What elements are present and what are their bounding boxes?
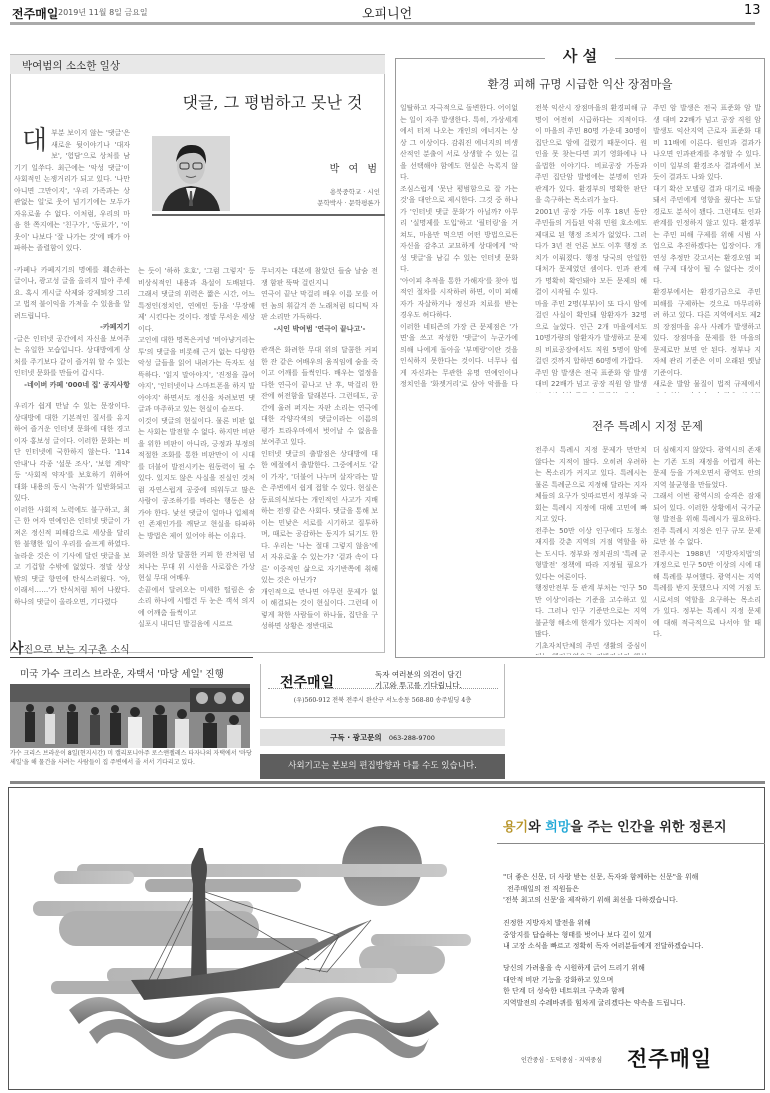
column-text-col1: 대 부분 보이지 않는 '댓글'은 새로운 뒷이야기나 '대자보', '험담'으… <box>14 128 130 608</box>
column-series-header: 박여범의 소소한 일상 <box>10 54 385 74</box>
drop-cap: 대 <box>22 128 47 154</box>
quote-source: -카페지기 <box>14 322 130 334</box>
masthead-divider <box>10 22 755 25</box>
ad-line: 중앙지를 답습하는 형태를 벗어나 보다 깊이 있게 <box>503 930 763 942</box>
column-text-col2: 는 듯이 '하하 호호', '그럼 그렇지' 등 비상식적인 내용과 욕설이 도… <box>138 266 255 651</box>
ad-line: "더 좋은 신문, 더 사랑 받는 신문, 독자와 함께하는 신문"을 위해 <box>503 872 763 884</box>
paragraph: 대기 확산 모델링 결과 대기로 배출돼서 주민에게 영향을 줬다는 도달 경로… <box>653 184 761 288</box>
paragraph: 기초자치단체의 주민 생활의 중심이 되는 행정구역으로 지방자치의 핵심 단위… <box>535 641 647 656</box>
editorial-2-col-a: 전주시 특례시 지정 문제가 만만치 않다는 지적이 많다. 오히려 우려하는 … <box>535 445 647 655</box>
paragraph: 이러한 네티즌의 가장 큰 문제점은 '가면'을 쓰고 작성한 '댓글'이 누군… <box>400 322 518 392</box>
ad-line: 당신의 가려움을 속 시원하게 긁어 드리기 위해 <box>503 963 763 975</box>
paragraph: 전주는 50만 이상 인구에다 도청소재지를 갖춘 지역의 거점 역할을 하는 … <box>535 526 647 584</box>
editorial-1-col-c: 주민 암 발생은 전국 표준화 암 발생 대비 22배가 넘고 공장 직원 암 … <box>653 103 761 393</box>
column-title: 댓글, 그 평범하고 못난 것 <box>10 90 385 113</box>
paragraph: 조심스럽게 '못난 평범함으로 잘 가는 것'을 대안으로 제시한다. 그것 중… <box>400 184 518 276</box>
ad-illustration <box>9 788 489 1088</box>
ad-paragraph-3: 당신의 가려움을 속 시원하게 긁어 드리기 위해 대안적 비판 기능을 강화하… <box>503 963 763 1009</box>
paragraph: 인터넷 댓글의 출발점은 상대방에 대한 예절에서 출발한다. 그중에서도 '같… <box>261 449 378 587</box>
postal-address: (우)560-912 전북 전주시 완산구 서노송동 568-80 송주빌딩 4… <box>265 695 500 704</box>
paragraph: 전주시 특례시 지정 문제가 만만치 않다는 지적이 많다. 오히려 우려하는 … <box>535 445 647 526</box>
dotted-divider <box>268 688 498 689</box>
editorial-2-col-b: 더 심해지지 않았다. 광역시의 존재는 기존 도의 재정을 어렵게 하는 문제… <box>653 445 761 655</box>
ad-line: 지역발전의 수레바퀴를 힘차게 굴리겠다는 약속을 드립니다. <box>503 998 763 1010</box>
ad-line: 한 단계 더 성숙한 네트워크 구축과 함께 <box>503 986 763 998</box>
contribution-line-1: 독자 여러분의 의견이 담긴 <box>375 669 462 680</box>
slogan-word-hope: 희망 <box>545 820 570 835</box>
poem-line: 화려한 의상 달콤한 커피 한 잔처럼 넘쳐나는 무대 위 시선을 사로잡은 가… <box>138 550 255 585</box>
issue-date: 2019년 11월 8일 금요일 <box>58 7 148 18</box>
contribution-logo: 전주매일 <box>280 672 334 692</box>
paragraph: 2001년 공장 가동 이후 18년 동안 주민들의 거듭된 악취 민원 호소에… <box>535 207 647 299</box>
ad-logo: 전주매일 <box>627 1043 712 1073</box>
ad-paragraph-1: "더 좋은 신문, 더 사랑 받는 신문, 독자와 함께하는 신문"을 위해 전… <box>503 872 763 907</box>
author-divider <box>152 214 385 216</box>
paragraph: 전주시는 1988년 '지방자치법'의 개정으로 인구 50만 이상의 시에 대… <box>653 549 761 641</box>
quote-source: -네이버 카페 '000네 집' 공지사항 <box>14 380 130 392</box>
poem-line: 무너지는 대본에 참았던 들숨 날숨 전쟁 함판 뚝딱 걸린지니 <box>261 266 378 289</box>
ad-slogan: 용기와 희망을 주는 인간을 위한 정론지 <box>503 816 727 835</box>
ad-paragraph-2: 진정한 지방자치 발전을 위해 중앙지를 답습하는 형태를 벗어나 보다 깊이 … <box>503 918 763 953</box>
author-photo <box>152 136 230 211</box>
ad-line: 대안적 비판 기능을 강화하고 있으며 <box>503 975 763 987</box>
subscription-phone[interactable]: 063-288-9700 <box>389 734 435 742</box>
disclaimer-bar: 사외기고는 본보의 편집방향과 다를 수도 있습니다. <box>260 754 505 779</box>
crowd-photo-icon <box>10 684 250 748</box>
editorial-1-col-a: 일탈하고 자극적으로 돌변한다. 어이없는 일이 자주 발생한다. 특히, 가상… <box>400 103 518 391</box>
column-text-col3: 무너지는 대본에 참았던 들숨 날숨 전쟁 함판 뚝딱 걸린지니 연극이 끝난 … <box>261 266 378 651</box>
section-name: 오피니언 <box>362 3 412 22</box>
paragraph: 환경부에서는 환경기금으로 주민 피해를 구제하는 것으로 마무리하려 하고 있… <box>653 287 761 379</box>
slogan-rest: 을 주는 인간을 위한 정론지 <box>570 820 726 835</box>
paragraph: -카페나 카페지기의 명예를 훼손하는 글이나, 광고성 글을 올리지 말아 주… <box>14 265 130 323</box>
slogan-word-courage: 용기 <box>503 820 528 835</box>
editorial-headline-2: 전주 특례시 지정 문제 <box>530 418 765 434</box>
photo-news-title-initial: 사 <box>10 641 24 657</box>
pen-ship-illustration-icon <box>9 788 489 1088</box>
photo-news-title: 진으로 보는 지구촌 소식 <box>24 645 130 656</box>
paragraph: 전북 익산시 장점마을의 환경피해 규명이 여전히 시급하다는 지적이다. 이 … <box>535 103 647 207</box>
poem-line: 연극이 끝난 막걸리 배우 이름 모를 어떤 놈의 휘갈겨 쓴 노래처럼 티디틱… <box>261 289 378 324</box>
ad-line: 내 고장 소식을 빠르고 정확히 독자 여러분들에게 전달하겠습니다. <box>503 941 763 953</box>
paragraph: 이것이 댓글의 현실이다. 물론 비판 없는 사회는 발전할 수 없다. 하지만… <box>138 416 255 543</box>
photo-news-image <box>10 684 250 748</box>
author-credentials: 문학박사 · 문학평론가 <box>250 198 380 207</box>
ad-line: 진정한 지방자치 발전을 위해 <box>503 918 763 930</box>
paragraph: 는 듯이 '하하 호호', '그럼 그렇지' 등 비상식적인 내용과 욕설이 도… <box>138 266 255 335</box>
photo-news-caption: 가수 크리스 브라운이 8일(현지시간) 미 캘리포니아주 로스앤젤레스 타자나… <box>10 749 255 767</box>
editorial-label: 사 설 <box>545 45 615 66</box>
editorial-headline-1: 환경 피해 규명 시급한 익산 장점마을 <box>395 76 765 92</box>
paragraph: 우리가 쉽게 만날 수 있는 문장이다. 상대방에 대한 기본적인 질서를 유지… <box>14 401 130 505</box>
section-divider <box>10 781 765 784</box>
subscription-label: 구독 · 광고문의 <box>330 733 382 742</box>
paragraph: 그래서 이번 광역시의 승격은 잠재되어 있다. 이러한 상황에서 국가균형 발… <box>653 491 761 549</box>
slogan-conjunction: 와 <box>528 820 545 835</box>
paragraph: 주민 암 발생은 전국 표준화 암 발생 대비 22배가 넘고 공장 직원 암 … <box>653 103 761 184</box>
paragraph: '아이피 추적을 통한 가해자'를 찾아 법적인 절차를 시작하려 하면, 이미… <box>400 276 518 322</box>
ad-divider <box>497 843 765 844</box>
paragraph: -글은 인터넷 공간에서 자신을 보여주는 유일한 모습입니다. 상대방에게 상… <box>14 334 130 380</box>
ad-line: '전북 최고의 신문'을 제작하기 위해 최선을 다하겠습니다. <box>503 895 763 907</box>
author-portrait-icon <box>152 136 230 211</box>
poem-line: 실포시 내디딘 발걸음에 시르르 <box>138 619 255 631</box>
paragraph: 개인적으로 만나면 아무런 문제가 없이 해결되는 것이 현실이다. 그런데 이… <box>261 587 378 633</box>
paragraph: 고인에 대한 명목은커녕 '비아냥거리는 투'의 댓글을 비롯해 근거 없는 다… <box>138 335 255 416</box>
paragraph: 새로운 발암 물질이 법적 규제에서 빠져 있는 것이다. 이 같은 심각한 상… <box>653 379 761 393</box>
photo-news-headline: 미국 가수 크리스 브라운, 자택서 '마당 세일' 진행 <box>20 666 224 680</box>
newspaper-logo: 전주매일 <box>12 5 58 22</box>
paragraph: 이러한 사회적 노력에도 불구하고, 최근 한 여자 연예인은 인터넷 댓글이 … <box>14 505 130 609</box>
subscription-bar: 구독 · 광고문의 063-288-9700 <box>260 729 505 746</box>
author-name: 박 여 범 <box>250 160 380 175</box>
paragraph: 더 심해지지 않았다. 광역시의 존재는 기존 도의 재정을 어렵게 하는 문제… <box>653 445 761 491</box>
paragraph: 일탈하고 자극적으로 돌변한다. 어이없는 일이 자주 발생한다. 특히, 가상… <box>400 103 518 184</box>
paragraph: 마을 주민 2명(부부)이 또 다시 암에 걸린 사실이 확인돼 암환자가 32… <box>535 299 647 368</box>
paragraph: 관객은 화려한 무대 위의 달콤한 커피 한 잔 같은 여배우의 움직임에 숨을… <box>261 345 378 449</box>
poem-source: -시인 박여범 '연극이 끝나고'- <box>261 324 378 336</box>
ad-line: 전주매일의 전 직원들은 <box>503 884 763 896</box>
contribution-line-2: 기고와 투고를 기다립니다. <box>375 680 462 691</box>
photo-news-header: 사진으로 보는 지구촌 소식 <box>10 638 253 658</box>
poem-line: 손끝에서 달려오는 미세한 떨림은 숨소리 하나에 시뻘건 두 눈은 객석 의지… <box>138 585 255 620</box>
column-series-title: 박여범의 소소한 일상 <box>22 58 120 73</box>
editorial-1-col-b: 전북 익산시 장점마을의 환경피해 규명이 여전히 시급하다는 지적이다. 이 … <box>535 103 647 393</box>
paragraph: 행정안전부 등 관계 부처는 '인구 50만 이상'이라는 기준을 고수하고 있… <box>535 583 647 641</box>
page-number: 13 <box>744 3 761 18</box>
ad-motto: 인간중심 · 도덕중심 · 지역중심 <box>521 1055 602 1064</box>
paragraph: 주민 암 발생은 전국 표준화 암 발생 대비 22배가 넘고 공장 직원 암 … <box>535 368 647 394</box>
author-affiliation: 용북중학교 · 시인 <box>250 187 380 196</box>
